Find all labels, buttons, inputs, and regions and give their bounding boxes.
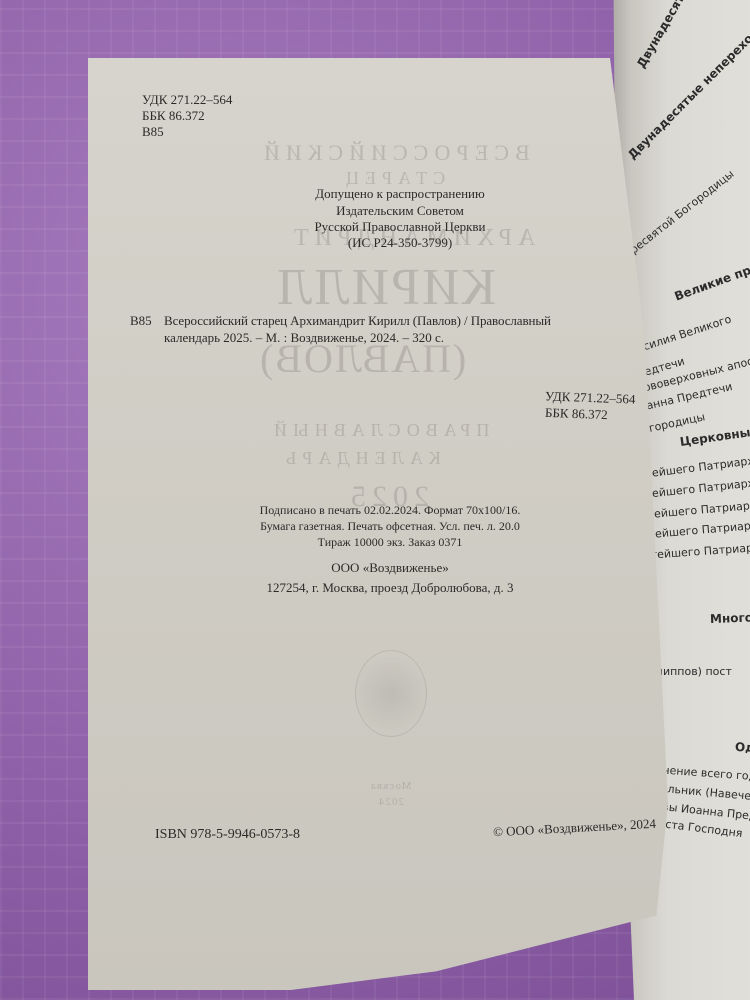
rp-heading: Церковные (679, 424, 750, 449)
print-info-line: Подписано в печать 02.02.2024. Формат 70… (240, 503, 540, 518)
udk-code: УДК 271.22–564 (142, 92, 232, 108)
rp-heading: Многодневные посты (710, 607, 750, 626)
rp-heading: Двунадесятые непереходящие (625, 0, 750, 162)
author-mark: В85 (142, 124, 164, 140)
show-through-text: ПРАВОСЛАВНЫЙ (268, 420, 489, 441)
isbn: ISBN 978-5-9946-0573-8 (155, 827, 300, 843)
show-through-year: 2024 (378, 796, 404, 808)
approval-line: Русской Православной Церкви (270, 219, 530, 235)
show-through-text: ВСЕРОССИЙСКИЙ (258, 140, 530, 166)
show-through-emblem (355, 650, 427, 737)
approval-line: Допущено к распространению (270, 186, 530, 202)
approval-line: (ИС Р24-350-3799) (270, 235, 530, 251)
publisher-name: ООО «Воздвиженье» (240, 560, 540, 576)
bbk-code-right: ББК 86.372 (545, 405, 608, 423)
publisher-address: 127254, г. Москва, проезд Добролюбова, д… (240, 580, 540, 596)
bib-description-line1: Всероссийский старец Архимандрит Кирилл … (164, 313, 551, 329)
approval-line: Издательским Советом (270, 203, 530, 219)
show-through-city: Москва (370, 780, 411, 792)
show-through-text: КАЛЕНДАРЬ (280, 448, 441, 469)
print-info-line: Бумага газетная. Печать офсетная. Усл. п… (240, 519, 540, 534)
print-info-line: Тираж 10000 экз. Заказ 0371 (240, 535, 540, 550)
bib-code: В85 (130, 313, 152, 329)
rp-heading: Великие праздники (673, 243, 750, 303)
show-through-text: КИРИЛЛ (275, 258, 496, 317)
bib-description-line2: календарь 2025. – М. : Воздвиженье, 2024… (164, 330, 444, 346)
rp-heading: Однодневные посты (735, 740, 750, 759)
rp-item: Пресвятой Богородицы (621, 167, 736, 261)
bbk-code: ББК 86.372 (142, 108, 205, 124)
